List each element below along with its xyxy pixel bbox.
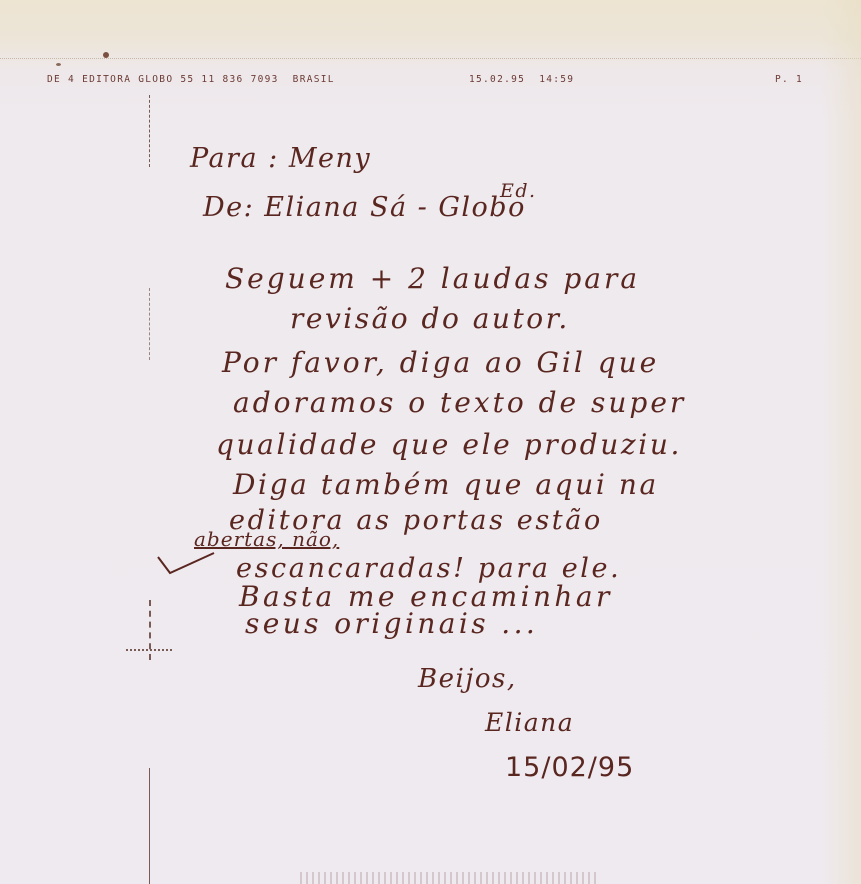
insertion-caret-icon — [156, 545, 216, 575]
fax-date: 15.02.95 — [469, 74, 525, 85]
fax-page-number: P. 1 — [775, 74, 803, 85]
body-line: qualidade que ele produziu. — [216, 428, 682, 461]
scan-artifact-line — [149, 95, 150, 167]
body-line: Seguem + 2 laudas para — [225, 262, 640, 295]
scan-artifact-line — [149, 600, 151, 660]
fax-sender: DE 4 EDITORA GLOBO 55 11 836 7093 BRASIL — [47, 74, 335, 85]
body-line: Por favor, diga ao Gil que — [222, 346, 659, 379]
from-line: De: Eliana Sá - Globo — [203, 192, 526, 223]
fax-datetime: 15.02.95 14:59 — [469, 74, 574, 85]
body-line: seus originais ... — [245, 607, 538, 640]
handwritten-date: 15/02/95 — [505, 752, 634, 783]
to-line: Para : Meny — [190, 143, 371, 174]
fax-transmission-header: DE 4 EDITORA GLOBO 55 11 836 7093 BRASIL… — [0, 74, 861, 86]
scan-noise — [300, 872, 600, 884]
closing: Beijos, — [418, 664, 517, 694]
scan-artifact-cross — [126, 649, 172, 651]
body-line: revisão do autor. — [290, 302, 570, 335]
body-line: adoramos o texto de super — [233, 386, 686, 419]
scan-artifact-line — [149, 288, 150, 360]
ink-smudge — [56, 63, 61, 66]
signature: Eliana — [485, 708, 574, 737]
fax-time: 14:59 — [539, 74, 574, 85]
perforation-line — [0, 58, 861, 59]
fax-page: DE 4 EDITORA GLOBO 55 11 836 7093 BRASIL… — [0, 0, 861, 884]
body-line: Diga também que aqui na — [233, 468, 659, 501]
ink-smudge — [103, 52, 109, 58]
scan-artifact-line — [149, 768, 150, 884]
